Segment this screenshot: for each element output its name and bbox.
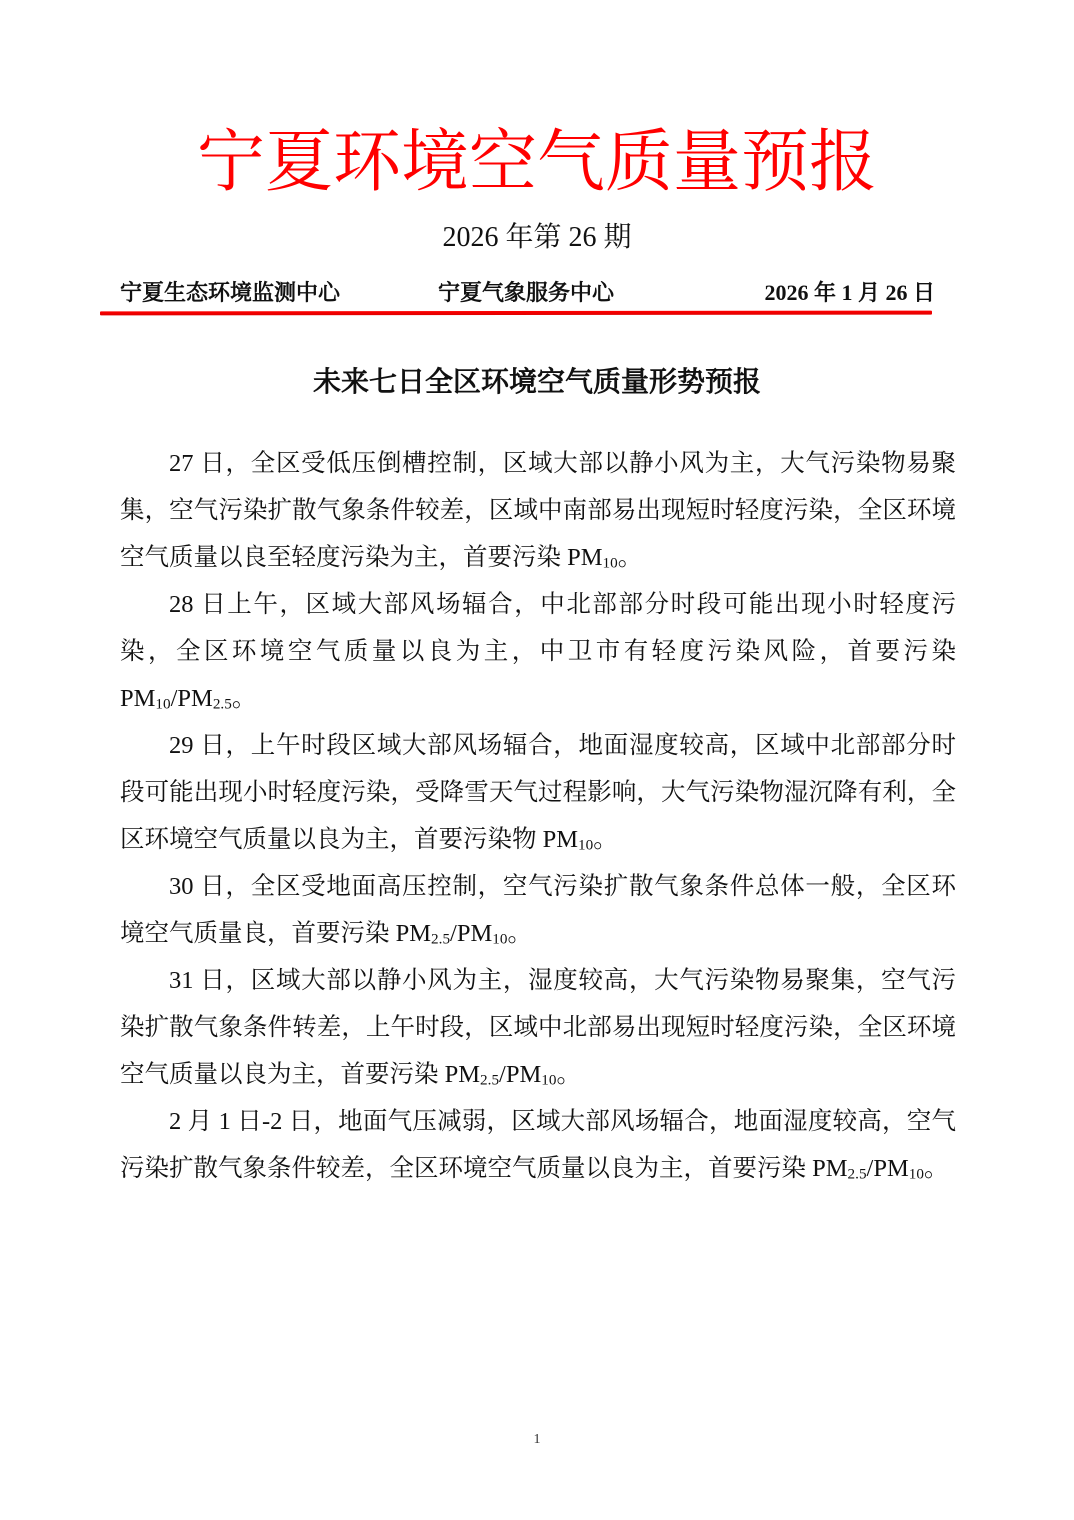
red-divider <box>100 311 932 316</box>
paragraph-text: 30 日，全区受地面高压控制，空气污染扩散气象条件总体一般，全区环境空气质量良，… <box>120 873 956 947</box>
paragraph-text: 28 日上午，区域大部风场辐合，中北部部分时段可能出现小时轻度污染，全区环境空气… <box>120 591 956 665</box>
forecast-body: 27 日，全区受低压倒槽控制，区域大部以静小风为主，大气污染物易聚集，空气污染扩… <box>120 440 956 1192</box>
page-number: 1 <box>0 1432 1074 1448</box>
pollutant-label: PM10 <box>543 826 594 853</box>
forecast-paragraph-28: 28 日上午，区域大部风场辐合，中北部部分时段可能出现小时轻度污染，全区环境空气… <box>120 581 956 722</box>
forecast-paragraph-29: 29 日，上午时段区域大部风场辐合，地面湿度较高，区域中北部部分时段可能出现小时… <box>120 722 956 863</box>
masthead-title: 宁夏环境空气质量预报 <box>0 118 1074 208</box>
pollutant-label: PM2.5/PM10 <box>812 1155 924 1182</box>
paragraph-text: 27 日，全区受低压倒槽控制，区域大部以静小风为主，大气污染物易聚集，空气污染扩… <box>120 450 956 571</box>
issuer-meteorological-center: 宁夏气象服务中心 <box>438 274 614 312</box>
issue-number: 2026 年第 26 期 <box>0 218 1074 258</box>
issue-date: 2026 年 1 月 26 日 <box>764 274 935 312</box>
issuer-row: 宁夏生态环境监测中心 宁夏气象服务中心 2026 年 1 月 26 日 <box>120 274 935 312</box>
pollutant-label: PM10/PM2.5 <box>120 685 232 712</box>
paragraph-text: 29 日，上午时段区域大部风场辐合，地面湿度较高，区域中北部部分时段可能出现小时… <box>120 732 956 853</box>
pollutant-label: PM2.5/PM10 <box>445 1061 557 1088</box>
forecast-paragraph-27: 27 日，全区受低压倒槽控制，区域大部以静小风为主，大气污染物易聚集，空气污染扩… <box>120 440 956 581</box>
pollutant-label: PM2.5/PM10 <box>396 920 508 947</box>
pollutant-label: PM10 <box>567 544 618 571</box>
forecast-paragraph-30: 30 日，全区受地面高压控制，空气污染扩散气象条件总体一般，全区环境空气质量良，… <box>120 863 956 957</box>
forecast-paragraph-31: 31 日，区域大部以静小风为主，湿度较高，大气污染物易聚集，空气污染扩散气象条件… <box>120 957 956 1098</box>
forecast-paragraph-feb-1-2: 2 月 1 日-2 日，地面气压减弱，区域大部风场辐合，地面湿度较高，空气污染扩… <box>120 1098 956 1192</box>
issuer-monitoring-center: 宁夏生态环境监测中心 <box>120 274 340 312</box>
section-title: 未来七日全区环境空气质量形势预报 <box>0 358 1074 406</box>
